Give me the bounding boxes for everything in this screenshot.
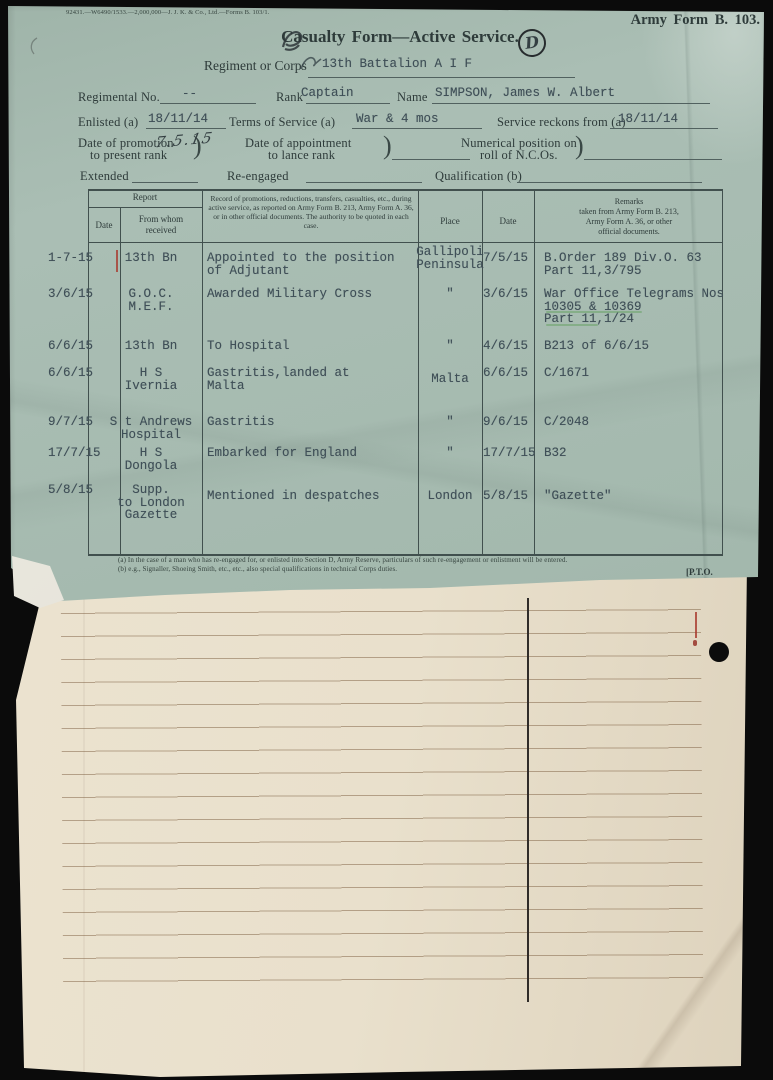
place-cell: Malta — [414, 373, 486, 386]
from-whom-cell: S t Andrews Hospital — [100, 416, 202, 441]
footnote-a: (a) In the case of a man who has re-enga… — [118, 556, 728, 564]
from-whom-cell: H S Ivernia — [100, 367, 202, 392]
reengaged-underline — [306, 182, 422, 183]
record-cell: Gastritis — [207, 416, 427, 429]
record-cell: To Hospital — [207, 340, 427, 353]
brace-glyph: ) — [575, 133, 584, 159]
brace-glyph: ) — [383, 133, 392, 159]
remarks-cell: C/2048 — [544, 416, 730, 429]
regiment-value: 13th Battalion A I F — [322, 58, 472, 71]
date-cell: 3/6/15 — [483, 288, 537, 301]
service-reckons-label: Service reckons from (a) — [497, 115, 626, 130]
regiment-label: Regiment or Corps — [204, 58, 307, 74]
ledger-vertical-rule — [527, 598, 529, 1002]
promotion-date-handwritten: 7.5.15 — [154, 129, 215, 152]
extended-underline — [132, 182, 198, 183]
enlisted-value: 18/11/14 — [148, 113, 208, 126]
remarks-cell: B213 of 6/6/15 — [544, 340, 730, 353]
place-cell: London — [414, 490, 486, 503]
pto-label: [P.T.O. — [686, 567, 713, 577]
header-record-description: Record of promotions, reductions, transf… — [208, 194, 414, 230]
ruled-lines — [61, 602, 703, 988]
place-cell: " — [414, 416, 486, 429]
from-whom-cell: H S Dongola — [100, 447, 202, 472]
remarks-cell: "Gazette" — [544, 490, 730, 503]
rank-value: Captain — [301, 87, 354, 100]
terms-underline — [352, 128, 482, 129]
header-date: Date — [482, 216, 534, 227]
scanned-document: 92431.—W6490/1533.—2,000,000—J. J. K. & … — [0, 0, 773, 1080]
place-cell: " — [414, 288, 486, 301]
record-cell: Embarked for England — [207, 447, 427, 460]
remarks-cell: War Office Telegrams Nos 10305 & 10369 P… — [544, 288, 730, 326]
place-cell: " — [414, 447, 486, 460]
date-cell: 5/8/15 — [483, 490, 537, 503]
header-remarks: Remarks taken from Army Form B. 213, Arm… — [538, 197, 720, 237]
date-cell: 6/6/15 — [483, 367, 537, 380]
printer-code: 92431.—W6490/1533.—2,000,000—J. J. K. & … — [66, 9, 270, 16]
appointment-label-2: to lance rank — [268, 148, 335, 163]
record-cell: Awarded Military Cross — [207, 288, 427, 301]
from-whom-cell: 13th Bn — [100, 340, 202, 353]
date-cell: 9/6/15 — [483, 416, 537, 429]
remarks-cell: C/1671 — [544, 367, 730, 380]
place-cell: Gallipoli Peninsula — [414, 246, 486, 271]
ink-mark — [298, 52, 324, 74]
rank-underline — [306, 103, 390, 104]
regiment-underline — [308, 77, 575, 78]
date-cell: 17/7/15 — [483, 447, 537, 460]
extended-label: Extended — [80, 169, 129, 184]
footnote-b: (b) e.g., Signaller, Shoeing Smith, etc.… — [118, 565, 618, 573]
numerical-underline — [584, 159, 722, 160]
qualification-label: Qualification (b) — [435, 169, 522, 184]
record-cell: Mentioned in despatches — [207, 490, 427, 503]
from-whom-cell: Supp. to London Gazette — [100, 484, 202, 522]
remarks-cell: B.Order 189 Div.O. 63 Part 11,3/795 — [544, 252, 730, 277]
terms-value: War & 4 mos — [356, 113, 439, 126]
date-cell: 7/5/15 — [483, 252, 537, 265]
header-from-whom: From whom received — [120, 214, 202, 236]
numerical-label-2: roll of N.C.Os. — [480, 148, 558, 163]
header-report-date: Date — [88, 220, 120, 231]
red-pen-dot — [693, 640, 697, 646]
header-report: Report — [88, 192, 202, 203]
regimental-no-label: Regimental No. — [78, 90, 160, 105]
date-cell: 4/6/15 — [483, 340, 537, 353]
reengaged-label: Re-engaged — [227, 169, 289, 184]
regimental-no-value: -- — [182, 88, 197, 101]
name-value: SIMPSON, James W. Albert — [435, 87, 615, 100]
place-cell: " — [414, 340, 486, 353]
name-label: Name — [397, 90, 428, 105]
hole-punch — [709, 642, 729, 662]
appointment-underline — [392, 159, 470, 160]
rank-label: Rank — [276, 90, 303, 105]
header-place: Place — [418, 216, 482, 227]
pencil-mark — [26, 36, 40, 56]
qualification-underline — [517, 182, 702, 183]
circled-d-letter: D — [524, 32, 540, 53]
regimental-no-underline — [160, 103, 256, 104]
service-reckons-underline — [610, 128, 718, 129]
remarks-cell: B32 — [544, 447, 730, 460]
red-pen-mark — [695, 612, 697, 638]
from-whom-cell: 13th Bn — [100, 252, 202, 265]
name-underline — [432, 103, 710, 104]
enlisted-label: Enlisted (a) — [78, 115, 138, 130]
record-cell: Gastritis,landed at Malta — [207, 367, 427, 392]
record-cell: Appointed to the position of Adjutant — [207, 252, 427, 277]
terms-label: Terms of Service (a) — [229, 115, 335, 130]
ink-scribble — [278, 25, 308, 53]
service-reckons-value: 18/11/14 — [618, 113, 678, 126]
from-whom-cell: G.O.C. M.E.F. — [100, 288, 202, 313]
